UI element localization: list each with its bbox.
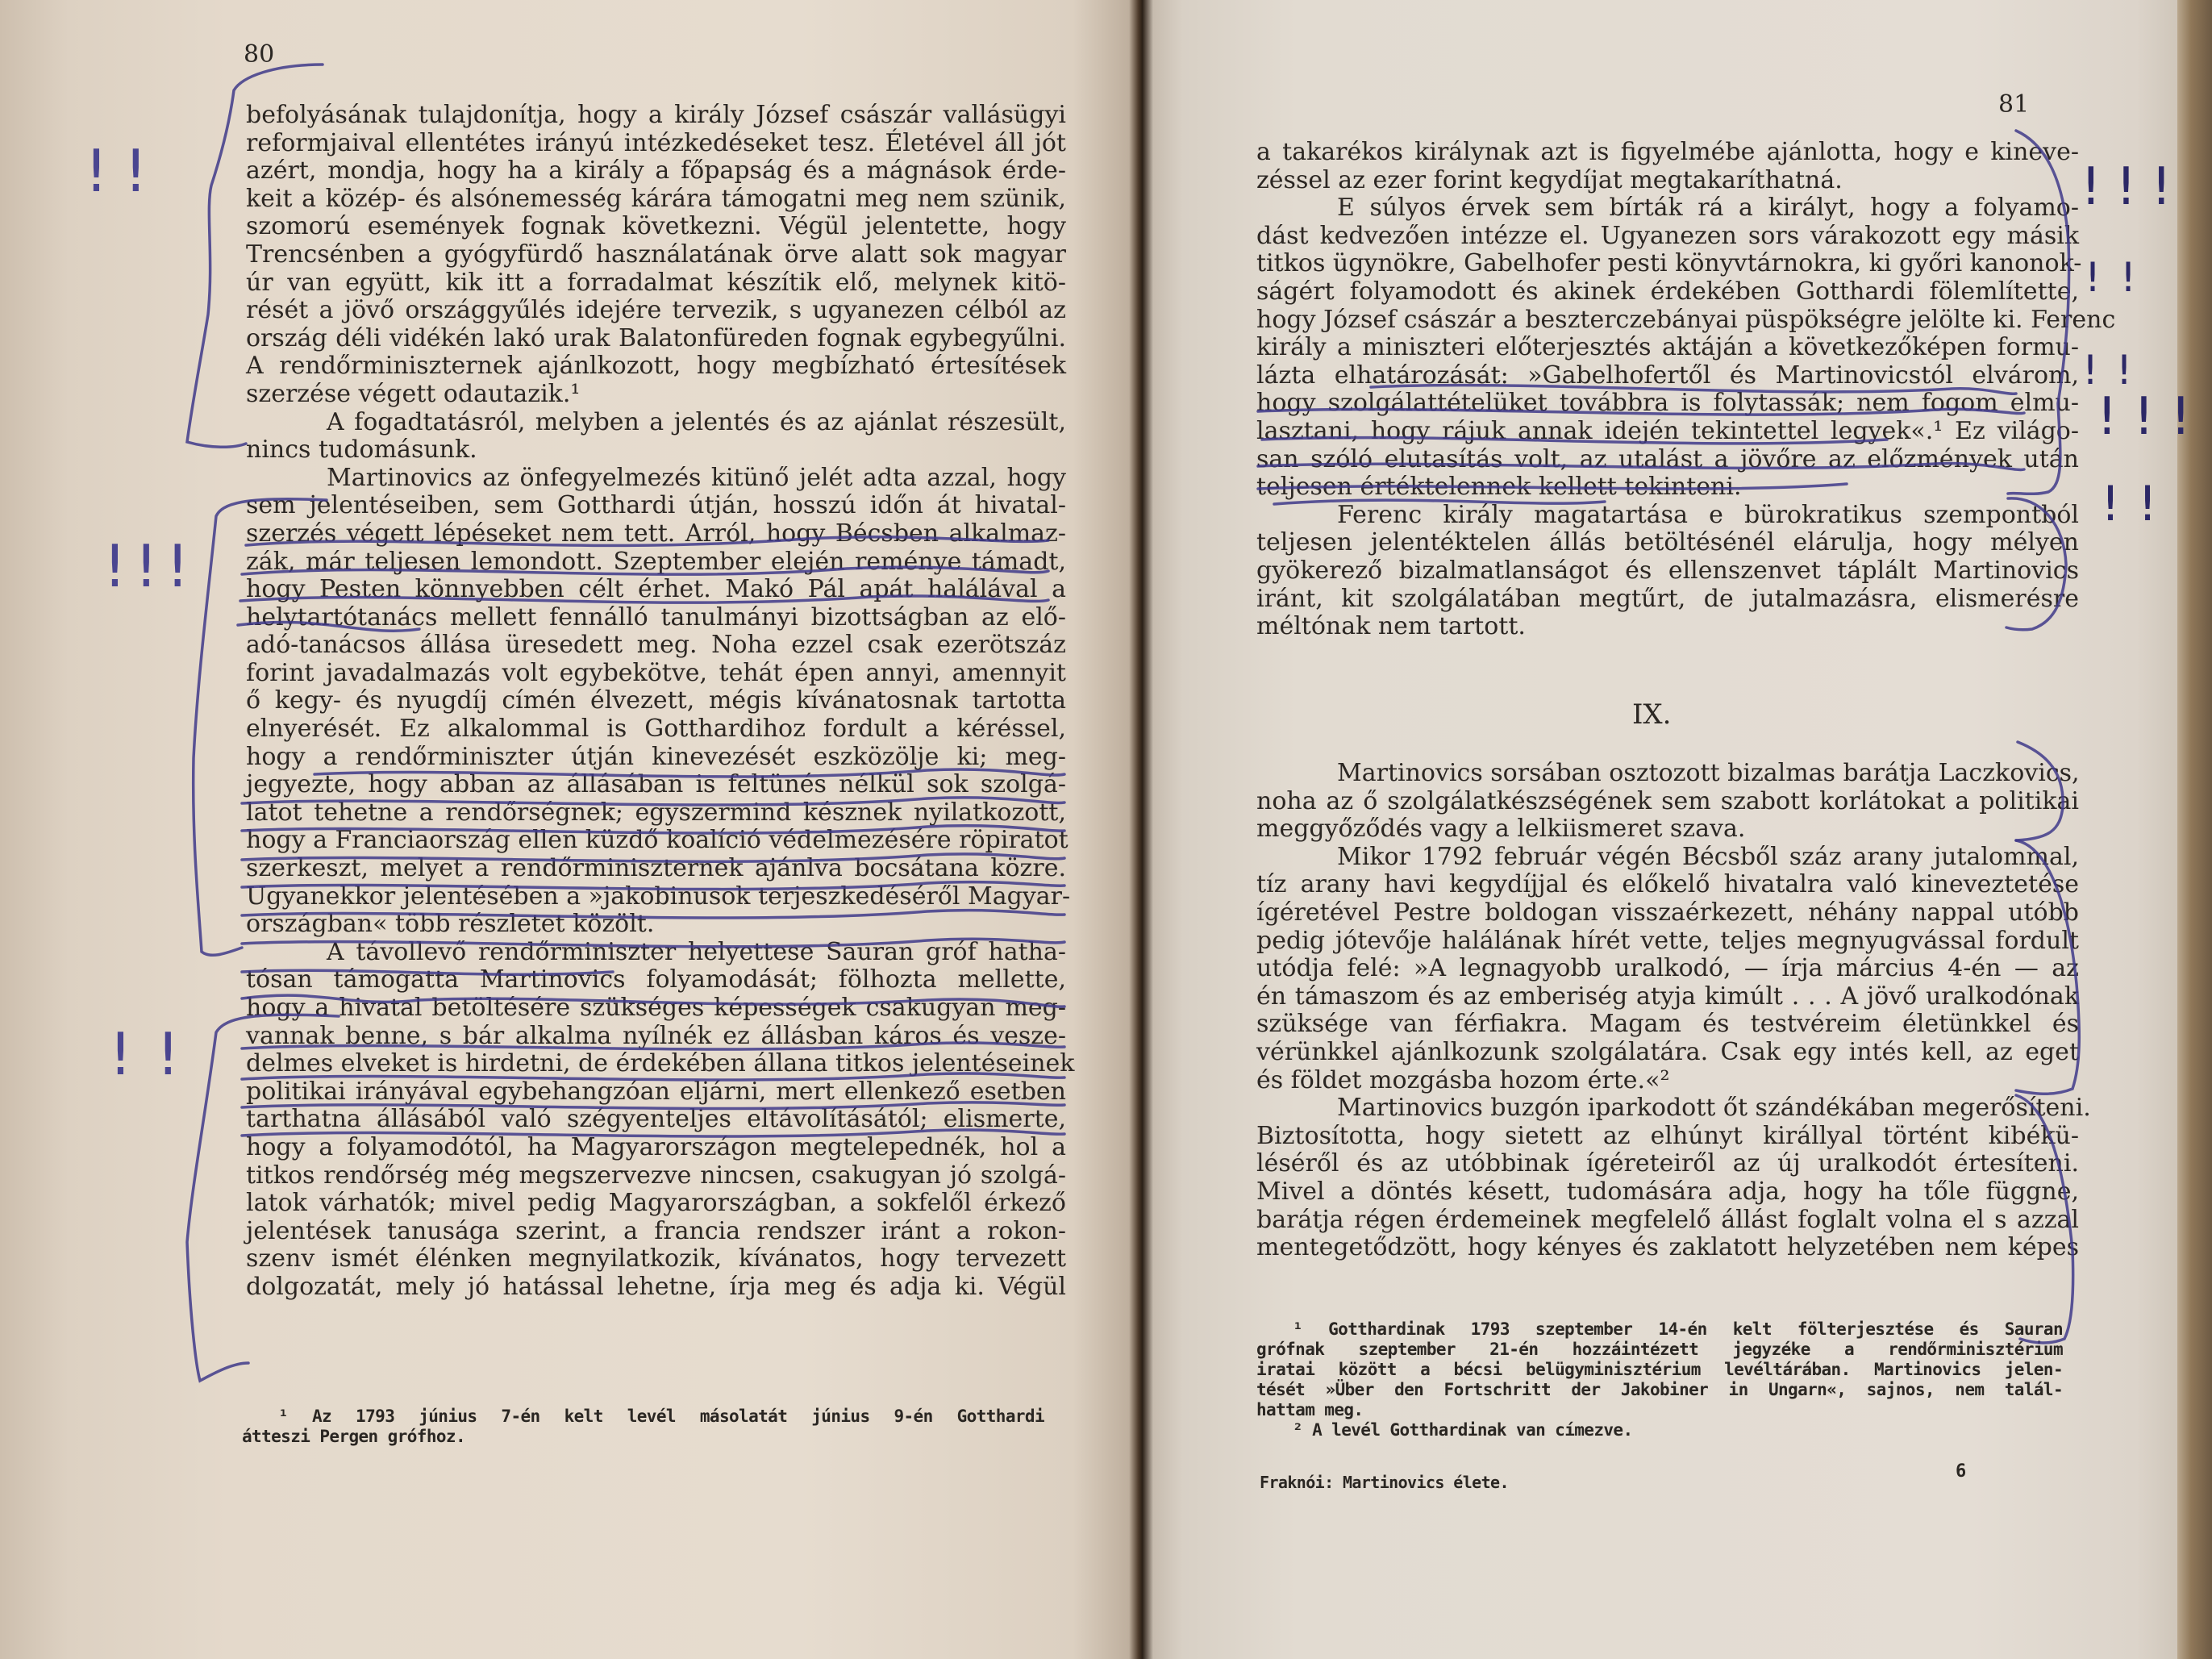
text-line: hogy szolgálattételüket továbbra is foly… bbox=[1256, 390, 2079, 418]
text-line: iránt, kit szolgálatában megtűrt, de jut… bbox=[1256, 586, 2079, 614]
text-line: hogy József császár a beszterczebányai p… bbox=[1256, 306, 2079, 335]
footnote-line: ² A levél Gotthardinak van címezve. bbox=[1256, 1420, 2063, 1440]
text-line: ságért folyamodott és akinek érdekében G… bbox=[1256, 278, 2079, 306]
text-line: méltónak nem tartott. bbox=[1256, 613, 2079, 641]
margin-mark-left-1: !! bbox=[85, 137, 164, 205]
text-line: vérünkkel ajánlkozunk szolgálatára. Csak… bbox=[1256, 1039, 2079, 1067]
text-line: befolyásának tulajdonítja, hogy a király… bbox=[246, 102, 1066, 130]
text-line: barátja régen érdemeinek megfelelő állás… bbox=[1256, 1207, 2079, 1235]
text-line: Ugyanekkor jelentésében a »jakobinusok t… bbox=[246, 883, 1066, 911]
text-line: A távollevő rendőrminiszter helyettese S… bbox=[246, 939, 1066, 967]
text-line: latot tehetne a rendőrségnek; egyszermin… bbox=[246, 799, 1066, 827]
text-line: szerzés végett lépéseket nem tett. Arról… bbox=[246, 520, 1066, 548]
margin-mark-right-4: !!! bbox=[2097, 387, 2207, 447]
text-line: Martinovics az önfegyelmezés kitünő jelé… bbox=[246, 465, 1066, 493]
text-line: san szóló elutasítás volt, az utalást a … bbox=[1256, 446, 2079, 474]
text-line: szerzése végett odautazik.¹ bbox=[246, 381, 1066, 409]
text-line: helytartótanács mellett fennálló tanulmá… bbox=[246, 604, 1066, 632]
text-line: ország déli vidékén lakó urak Balatonfür… bbox=[246, 325, 1066, 353]
text-line: jelentések tanusága szerint, a francia r… bbox=[246, 1218, 1066, 1246]
book-gutter bbox=[1129, 0, 1153, 1659]
text-line: pedig jótevője halálának hírét vette, te… bbox=[1256, 927, 2079, 956]
signature-number: 6 bbox=[1956, 1461, 1966, 1482]
footnote-line: ¹ Gotthardinak 1793 szeptember 14-én kel… bbox=[1256, 1319, 2063, 1340]
margin-mark-right-2: !! bbox=[2085, 254, 2156, 301]
text-line: adó-tanácsos állása üresedett meg. Noha … bbox=[246, 632, 1066, 660]
text-line: dást kedvezően intézze el. Ugyanezen sor… bbox=[1256, 223, 2079, 251]
text-line: úr van együtt, kik itt a forradalmat kés… bbox=[246, 269, 1066, 298]
text-line: delmes elveket is hirdetni, de érdekében… bbox=[246, 1050, 1066, 1078]
footnote-line: ¹ Az 1793 június 7-én kelt levél másolat… bbox=[242, 1407, 1044, 1427]
text-line: zéssel az ezer forint kegydíjat megtakar… bbox=[1256, 167, 2079, 195]
footnote-line: átteszi Pergen grófhoz. bbox=[242, 1427, 1044, 1447]
text-line: léséről és az utóbbinak ígéreteiről az ú… bbox=[1256, 1150, 2079, 1178]
left-page-number: 80 bbox=[244, 40, 274, 69]
text-line: hogy Pesten könnyebben célt érhet. Makó … bbox=[246, 576, 1066, 604]
text-line: Mivel a döntés késett, tudomására adja, … bbox=[1256, 1178, 2079, 1207]
text-line: Martinovics buzgón iparkodott őt szándék… bbox=[1256, 1094, 2079, 1123]
text-line: ígéretével Pestre boldogan visszaérkezet… bbox=[1256, 899, 2079, 927]
text-line: Trencsénben a gyógyfürdő használatának ö… bbox=[246, 241, 1066, 269]
right-page-number: 81 bbox=[1998, 90, 2029, 119]
left-page-body: befolyásának tulajdonítja, hogy a király… bbox=[246, 102, 1066, 1302]
footnote-line: iratai között a bécsi belügyminisztérium… bbox=[1256, 1360, 2063, 1380]
text-line: nincs tudomásunk. bbox=[246, 436, 1066, 465]
text-line: elnyerését. Ez alkalommal is Gotthardiho… bbox=[246, 715, 1066, 744]
text-line: mentegetődzött, hogy kényes és zaklatott… bbox=[1256, 1234, 2079, 1262]
book-edge bbox=[2177, 0, 2212, 1659]
text-line: szerkeszt, melyet a rendőrminiszternek a… bbox=[246, 855, 1066, 883]
text-line: hogy a folyamodótól, ha Magyarországon m… bbox=[246, 1134, 1066, 1162]
left-page-footnotes: ¹ Az 1793 június 7-én kelt levél másolat… bbox=[242, 1407, 1044, 1447]
text-line: politikai irányával egybehangzóan eljárn… bbox=[246, 1078, 1066, 1107]
text-line: latok várhatók; mivel pedig Magyarország… bbox=[246, 1190, 1066, 1218]
margin-mark-left-2: !!! bbox=[103, 532, 198, 600]
text-line: reformjaival ellentétes irányú intézkedé… bbox=[246, 130, 1066, 158]
text-line: dolgozatát, mely jó hatással lehetne, ír… bbox=[246, 1273, 1066, 1302]
right-page-body-top: a takarékos királynak azt is figyelmébe … bbox=[1256, 139, 2079, 641]
text-line: A rendőrminiszternek ajánlkozott, hogy m… bbox=[246, 352, 1066, 381]
text-line: én támaszom és az emberiség atyja kimúlt… bbox=[1256, 983, 2079, 1011]
text-line: szüksége van férfiakra. Magam és testvér… bbox=[1256, 1011, 2079, 1039]
right-page-footnotes: ¹ Gotthardinak 1793 szeptember 14-én kel… bbox=[1256, 1319, 2063, 1440]
text-line: keit a közép- és alsónemesség kárára tám… bbox=[246, 185, 1066, 214]
text-line: Mikor 1792 február végén Bécsből száz ar… bbox=[1256, 844, 2079, 872]
text-line: lasztani, hogy rájuk annak idején tekint… bbox=[1256, 418, 2079, 446]
text-line: zák, már teljesen lemondott. Szeptember … bbox=[246, 548, 1066, 577]
text-line: titkos ügynökre, Gabelhofer pesti könyvt… bbox=[1256, 250, 2079, 278]
right-page-body-bottom: Martinovics sorsában osztozott bizalmas … bbox=[1256, 760, 2079, 1262]
margin-mark-right-5: !! bbox=[2101, 476, 2175, 532]
text-line: E súlyos érvek sem bírták rá a királyt, … bbox=[1256, 194, 2079, 223]
text-line: hogy a rendőrminiszter útján kinevezését… bbox=[246, 744, 1066, 772]
text-line: meggyőződés vagy a lelkiismeret szava. bbox=[1256, 815, 2079, 844]
text-line: Biztosította, hogy sietett az elhúnyt ki… bbox=[1256, 1123, 2079, 1151]
text-line: tarthatna állásából való szégyenteljes e… bbox=[246, 1106, 1066, 1134]
margin-mark-left-3: !! bbox=[109, 1020, 204, 1088]
text-line: utódja felé: »A legnagyobb uralkodó, — í… bbox=[1256, 955, 2079, 983]
footnote-line: grófnak szeptember 21-én hozzáintézett j… bbox=[1256, 1340, 2063, 1360]
footnote-line: hattam meg. bbox=[1256, 1400, 2063, 1420]
margin-mark-right-1: !!! bbox=[2081, 157, 2186, 217]
text-line: teljesen értéktelennek kellett tekinteni… bbox=[1256, 473, 2079, 502]
chapter-heading: IX. bbox=[1632, 698, 1671, 731]
text-line: szomorú események fognak következni. Vég… bbox=[246, 213, 1066, 241]
text-line: hogy a hivatal betöltésére szükséges kép… bbox=[246, 994, 1066, 1023]
text-line: a takarékos királynak azt is figyelmébe … bbox=[1256, 139, 2079, 167]
text-line: titkos rendőrség még megszervezve nincse… bbox=[246, 1162, 1066, 1190]
text-line: azért, mondja, hogy ha a király a főpaps… bbox=[246, 157, 1066, 185]
text-line: jegyezte, hogy abban az állásában is fel… bbox=[246, 771, 1066, 799]
text-line: ő kegy- és nyugdíj címén élvezett, mégis… bbox=[246, 687, 1066, 715]
signature-line: Fraknói: Martinovics élete. bbox=[1260, 1473, 1509, 1493]
text-line: teljesen jelentéktelen állás betöltéséné… bbox=[1256, 529, 2079, 557]
text-line: szenv ismét élénken megnyilatkozik, kívá… bbox=[246, 1245, 1066, 1273]
text-line: sem jelentéseiben, sem Gotthardi útján, … bbox=[246, 492, 1066, 520]
text-line: Ferenc király magatartása e bürokratikus… bbox=[1256, 502, 2079, 530]
text-line: A fogadtatásról, melyben a jelentés és a… bbox=[246, 409, 1066, 437]
text-line: országban« több részletet közölt. bbox=[246, 911, 1066, 939]
text-line: vannak benne, s bár alkalma nyílnék ez á… bbox=[246, 1023, 1066, 1051]
text-line: noha az ő szolgálatkészségének sem szabo… bbox=[1256, 788, 2079, 816]
footnote-line: tését »Über den Fortschritt der Jakobine… bbox=[1256, 1380, 2063, 1400]
text-line: gyökerező bizalmatlanságot és ellenszenv… bbox=[1256, 557, 2079, 586]
text-line: rését a jövő országgyűlés idejére tervez… bbox=[246, 297, 1066, 325]
text-line: király a miniszteri előterjesztés aktájá… bbox=[1256, 334, 2079, 362]
text-line: és földet mozgásba hozom érte.«² bbox=[1256, 1067, 2079, 1095]
text-line: tósan támogatta Martinovics folyamodását… bbox=[246, 966, 1066, 994]
text-line: tíz arany havi kegydíjjal és előkelő hiv… bbox=[1256, 871, 2079, 899]
text-line: hogy a Franciaország ellen küzdő koalíci… bbox=[246, 827, 1066, 855]
text-line: Martinovics sorsában osztozott bizalmas … bbox=[1256, 760, 2079, 788]
text-line: lázta elhatározását: »Gabelhofertől és M… bbox=[1256, 362, 2079, 390]
text-line: forint javadalmazás volt egybekötve, teh… bbox=[246, 660, 1066, 688]
